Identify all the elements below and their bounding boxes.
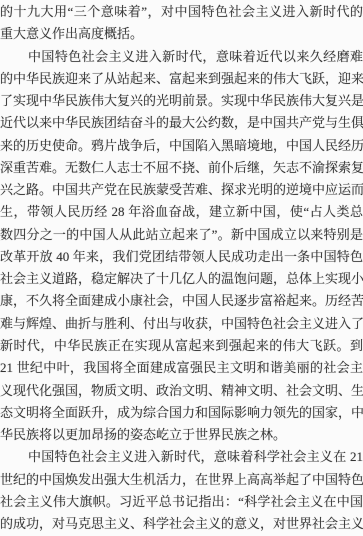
- text-line: 的十九大用“三个意味着”，对中国特色社会主义进入新时代的: [0, 1, 363, 23]
- text-line: 义现代化强国，物质文明、政治文明、精神文明、社会文明、生: [0, 380, 363, 402]
- text-line: 生，带领人民历经 28 年浴血奋战，建立新中国，使“占人类总: [0, 201, 363, 223]
- text-line: 了实现中华民族伟大复兴的光明前景。实现中华民族伟大复兴是: [0, 90, 363, 112]
- text-line: 态文明将全面跃升，成为综合国力和国际影响力领先的国家，中: [0, 402, 363, 424]
- text-line: 来的历史使命。鸦片战争后，中国陷入黑暗境地，中国人民经历: [0, 135, 363, 157]
- text-line: 数四分之一的中国人从此站立起来了”。新中国成立以来特别是: [0, 224, 363, 246]
- text-line: 难与辉煌、曲折与胜利、付出与收获，中国特色社会主义进入了: [0, 313, 363, 335]
- text-line: 21 世纪中叶，我国将全面建成富强民主文明和谐美丽的社会主: [0, 357, 363, 379]
- text-line: 社会主义道路，稳定解决了十几亿人的温饱问题，总体上实现小: [0, 268, 363, 290]
- text-line: 改革开放 40 年来，我们党团结带领人民成功走出一条中国特色: [0, 246, 363, 268]
- text-line: 兴之路。中国共产党在民族蒙受苦难、探求光明的逆境中应运而: [0, 179, 363, 201]
- text-line: 世纪的中国焕发出强大生机活力，在世界上高高举起了中国特色: [0, 469, 363, 491]
- text-line: 近代以来中华民族团结奋斗的最大公约数，是中国共产党与生俱: [0, 112, 363, 134]
- text-line: 深重苦难。无数仁人志士不屈不挠、前仆后继，矢志不渝探索复: [0, 157, 363, 179]
- text-line: 社会主义伟大旗帜。习近平总书记指出：“科学社会主义在中国: [0, 491, 363, 513]
- text-line: 中国特色社会主义进入新时代，意味着科学社会主义在 21: [0, 446, 363, 468]
- text-line: 新时代，中华民族正在实现从富起来到强起来的伟大飞跃。到: [0, 335, 363, 357]
- text-line: 的中华民族迎来了从站起来、富起来到强起来的伟大飞跃，迎来: [0, 68, 363, 90]
- text-line: 康，不久将全面建成小康社会，中国人民逐步富裕起来。历经苦: [0, 290, 363, 312]
- text-line: 的成功，对马克思主义、科学社会主义的意义，对世界社会主义: [0, 513, 363, 535]
- document-page: 的十九大用“三个意味着”，对中国特色社会主义进入新时代的 重大意义作出高度概括。…: [0, 0, 363, 536]
- text-line: 华民族将以更加昂扬的姿态屹立于世界民族之林。: [0, 424, 363, 446]
- text-line: 重大意义作出高度概括。: [0, 23, 363, 45]
- text-line: 中国特色社会主义进入新时代，意味着近代以来久经磨难: [0, 46, 363, 68]
